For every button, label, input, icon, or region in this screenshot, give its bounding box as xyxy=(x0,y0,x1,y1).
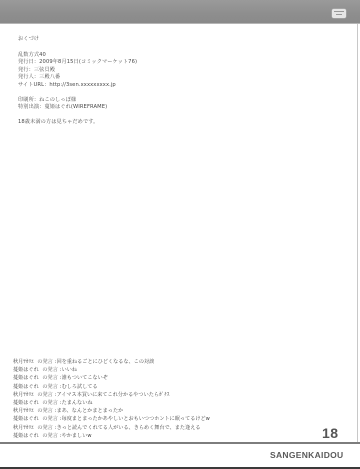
site-url: サイトURL：http://3sen.xxxxxxxxx.jp xyxy=(18,82,218,90)
top-header-band xyxy=(0,0,360,24)
dialogue-line: 蔓姫はぐれ の発言:やかましいw xyxy=(13,432,333,440)
speaker-label: の発言 xyxy=(37,425,52,431)
guest-credit: 特別出演：蔓姫はぐれ(WIREFRAME) xyxy=(18,104,218,112)
speaker-label: の発言 xyxy=(42,367,57,373)
speaker-label: の発言 xyxy=(42,400,57,406)
speaker-name: 秋月ﾔｶﾘｴ xyxy=(13,359,34,365)
speaker-name: 蔓姫はぐれ xyxy=(13,400,39,406)
publisher-logo-icon xyxy=(332,9,346,18)
credits: 印刷所：ねこのしっぽ様 特別出演：蔓姫はぐれ(WIREFRAME) xyxy=(18,97,218,112)
dialogue-text: 毎度まとまったかあやしいとおもいつつホントに眠ってるけどw xyxy=(62,416,210,422)
colophon-heading: おくづけ xyxy=(18,36,218,44)
age-notice: 18歳未満の方は見ちゃだめです。 xyxy=(18,119,218,127)
dialogue-line: 秋月ﾔｶﾘｴ の発言:アイマス本買いに来てこれ分かるやついたらｶﾞﾁｽ xyxy=(13,391,333,399)
speaker-name: 蔓姫はぐれ xyxy=(13,367,39,373)
dialogue-text: きっと読んでくれてる人がいる、きらめく舞台で、また逢える xyxy=(57,425,201,431)
dialogue-line: 秋月ﾔｶﾘｴ の発言:まあ、なんとかまとまったか xyxy=(13,407,333,415)
speaker-name: 蔓姫はぐれ xyxy=(13,416,39,422)
dialogue-text: いいね xyxy=(62,367,77,373)
speaker-label: の発言 xyxy=(42,433,57,439)
dialogue-text: たまんないね xyxy=(62,400,93,406)
speaker-label: の発言 xyxy=(37,392,52,398)
dialogue-line: 蔓姫はぐれ の発言:いいね xyxy=(13,366,333,374)
speaker-name: 秋月ﾔｶﾘｴ xyxy=(13,425,34,431)
issuer: 発行人：三殿八番 xyxy=(18,74,218,82)
dialogue-text: むしろ試してる xyxy=(62,384,98,390)
page-edge-line xyxy=(357,24,358,442)
speaker-label: の発言 xyxy=(42,416,57,422)
colophon: おくづけ 乱数方式40 発行日：2009年8月15日(コミックマーケット76) … xyxy=(18,36,218,126)
speaker-label: の発言 xyxy=(42,375,57,381)
speaker-name: 蔓姫はぐれ xyxy=(13,433,39,439)
dialogue-text: やかましいw xyxy=(62,433,92,439)
speaker-name: 秋月ﾔｶﾘｴ xyxy=(13,392,34,398)
dialogue-text: 回を重ねるごとにひどくなるな、この対談 xyxy=(57,359,155,365)
dialogue-text: 誰もついてこないぞ xyxy=(62,375,108,381)
page-number: 18 xyxy=(322,425,339,441)
dialogue-line: 秋月ﾔｶﾘｴ の発言:きっと読んでくれてる人がいる、きらめく舞台で、また逢える xyxy=(13,424,333,432)
dialogue-text: アイマス本買いに来てこれ分かるやついたらｶﾞﾁｽ xyxy=(57,392,170,398)
speaker-label: の発言 xyxy=(37,408,52,414)
publish-date: 発行日：2009年8月15日(コミックマーケット76) xyxy=(18,59,218,67)
speaker-name: 秋月ﾔｶﾘｴ xyxy=(13,408,34,414)
circle-brand-name: SANGENKAIDOU xyxy=(270,450,344,460)
speaker-label: の発言 xyxy=(42,384,57,390)
dialogue-line: 蔓姫はぐれ の発言:毎度まとまったかあやしいとおもいつつホントに眠ってるけどw xyxy=(13,415,333,423)
dialogue-line: 蔓姫はぐれ の発言:誰もついてこないぞ xyxy=(13,374,333,382)
dialogue-line: 蔓姫はぐれ の発言:たまんないね xyxy=(13,399,333,407)
speaker-name: 蔓姫はぐれ xyxy=(13,375,39,381)
speaker-name: 蔓姫はぐれ xyxy=(13,384,39,390)
dialogue-line: 秋月ﾔｶﾘｴ の発言:回を重ねるごとにひどくなるな、この対談 xyxy=(13,358,333,366)
publication-details: 乱数方式40 発行日：2009年8月15日(コミックマーケット76) 発行：三弦… xyxy=(18,52,218,90)
dialogue-log: 秋月ﾔｶﾘｴ の発言:回を重ねるごとにひどくなるな、この対談 蔓姫はぐれ の発言… xyxy=(13,358,333,440)
dialogue-line: 蔓姫はぐれ の発言:むしろ試してる xyxy=(13,383,333,391)
speaker-label: の発言 xyxy=(37,359,52,365)
dialogue-text: まあ、なんとかまとまったか xyxy=(57,408,124,414)
